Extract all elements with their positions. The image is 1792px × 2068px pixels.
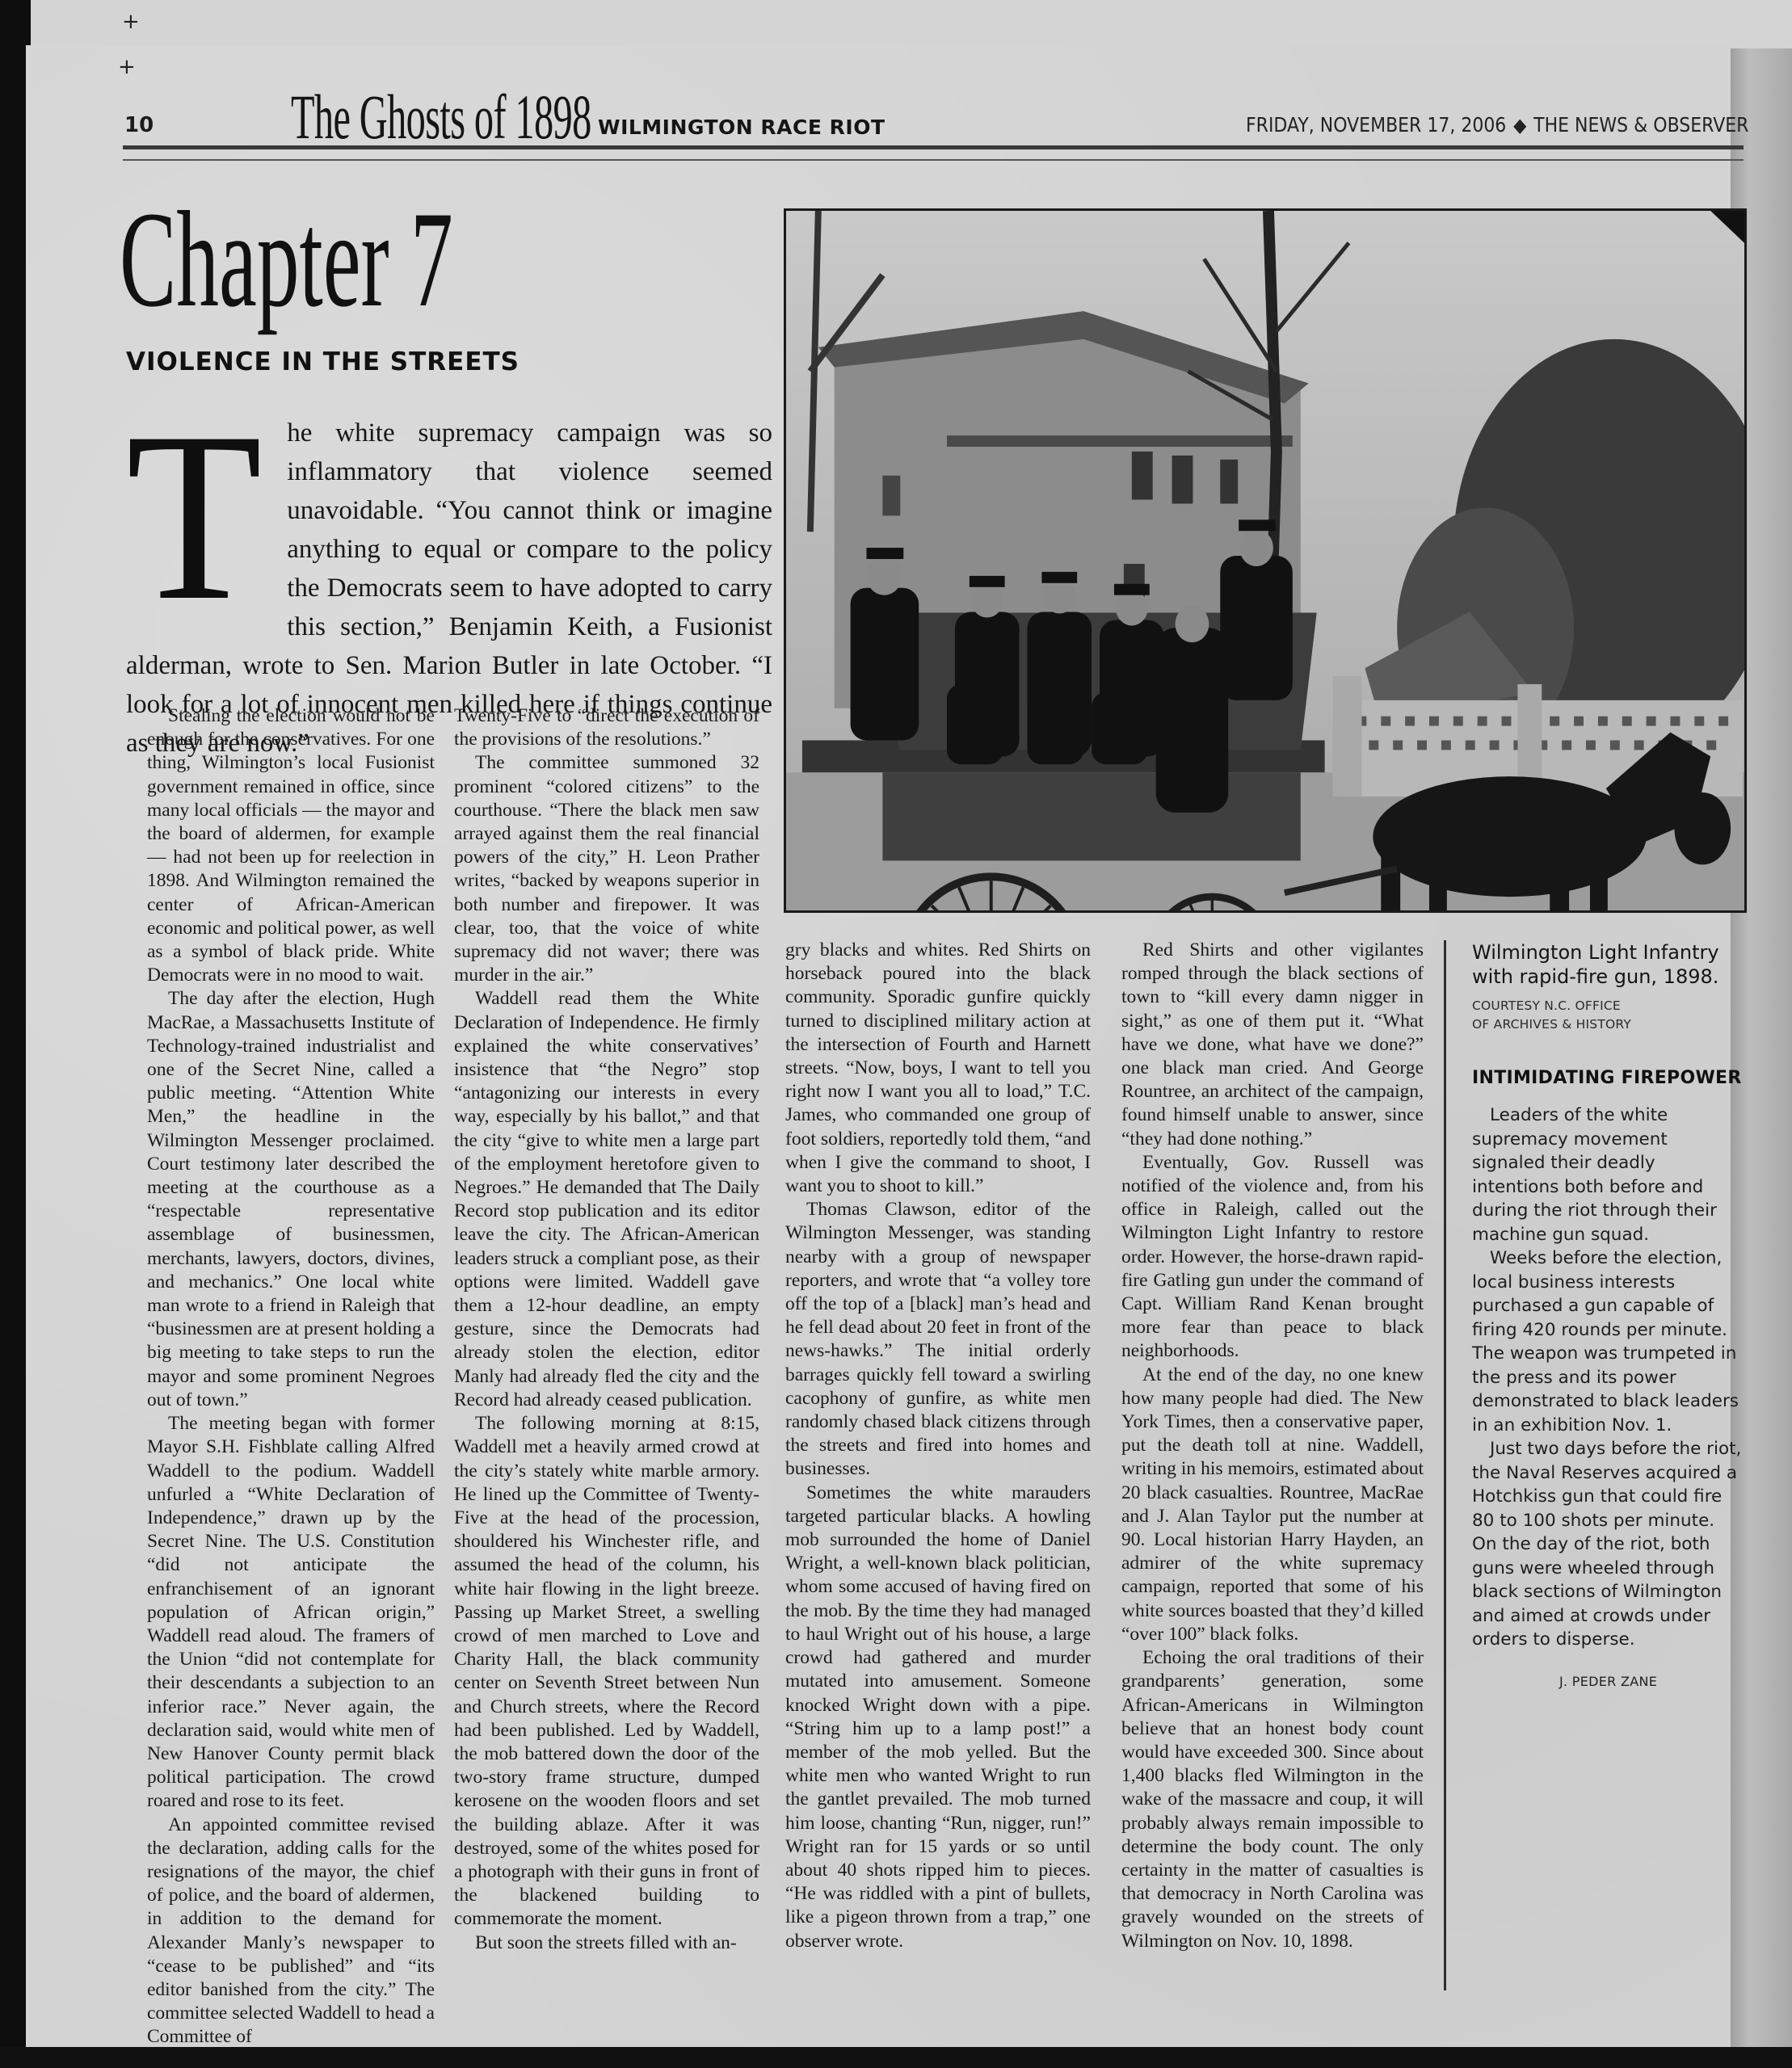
date: FRIDAY, NOVEMBER 17, 2006 bbox=[1246, 113, 1506, 137]
paragraph: Echoing the oral traditions of their gra… bbox=[1121, 1646, 1424, 1953]
paragraph: Thomas Clawson, editor of the Wilmington… bbox=[785, 1198, 1091, 1481]
photo-credit-line: COURTESY N.C. OFFICE bbox=[1472, 997, 1747, 1015]
paragraph: The following morning at 8:15, Waddell m… bbox=[454, 1412, 759, 1931]
sidebar-paragraph: Leaders of the white supremacy movement … bbox=[1472, 1103, 1742, 1246]
registration-mark-icon: + bbox=[118, 55, 136, 79]
chapter-kicker: VIOLENCE IN THE STREETS bbox=[126, 347, 520, 376]
dateline: FRIDAY, NOVEMBER 17, 2006◆THE NEWS & OBS… bbox=[1246, 113, 1744, 137]
sidebar-body: Leaders of the white supremacy movement … bbox=[1472, 1103, 1742, 1652]
masthead-rule bbox=[123, 145, 1744, 161]
paragraph: Waddell read them the White Declaration … bbox=[454, 987, 759, 1412]
paragraph: But soon the streets filled with an- bbox=[454, 1931, 759, 1955]
paragraph: Red Shirts and other vigilantes romped t… bbox=[1121, 939, 1424, 1151]
registration-mark-icon: + bbox=[122, 10, 140, 34]
section-title: The Ghosts of 1898 bbox=[291, 81, 591, 153]
article-column-4: Red Shirts and other vigilantes romped t… bbox=[1121, 939, 1424, 1953]
photo-credit-line: OF ARCHIVES & HISTORY bbox=[1472, 1015, 1747, 1034]
column-divider bbox=[1444, 940, 1446, 1990]
sidebar-paragraph: Just two days before the riot, the Naval… bbox=[1472, 1437, 1742, 1652]
publication-name: THE NEWS & OBSERVER bbox=[1533, 113, 1748, 137]
article-column-1: Stealing the election would not be enoug… bbox=[147, 704, 435, 2049]
wagon-photo-image bbox=[786, 211, 1744, 910]
paragraph-continued: gry blacks and whites. Red Shirts on hor… bbox=[785, 939, 1091, 1198]
paragraph: The committee summoned 32 prominent “col… bbox=[454, 751, 759, 987]
paragraph: At the end of the day, no one knew how m… bbox=[1121, 1364, 1424, 1646]
diamond-icon: ◆ bbox=[1513, 114, 1526, 137]
chapter-headline: Chapter 7 bbox=[120, 191, 453, 328]
paragraph: Stealing the election would not be enoug… bbox=[147, 704, 435, 987]
photo-credit: COURTESY N.C. OFFICE OF ARCHIVES & HISTO… bbox=[1472, 997, 1747, 1034]
sidebar-paragraph: Weeks before the election, local busines… bbox=[1472, 1246, 1742, 1437]
photo-caption: Wilmington Light Infantry with rapid-fir… bbox=[1472, 940, 1747, 989]
sidebar-heading: INTIMIDATING FIREPOWER bbox=[1472, 1068, 1742, 1088]
paragraph: The day after the election, Hugh MacRae,… bbox=[147, 987, 435, 1412]
drop-cap: T bbox=[126, 423, 263, 643]
section-subtitle: WILMINGTON RACE RIOT bbox=[598, 116, 885, 139]
scan-border-bottom bbox=[0, 2047, 1792, 2068]
paragraph: Sometimes the white marauders targeted p… bbox=[785, 1482, 1091, 1953]
paragraph: Eventually, Gov. Russell was notified of… bbox=[1121, 1151, 1424, 1364]
page-number: 10 bbox=[124, 113, 154, 137]
article-column-3: gry blacks and whites. Red Shirts on hor… bbox=[785, 939, 1091, 1953]
paragraph: The meeting began with former Mayor S.H.… bbox=[147, 1412, 435, 1813]
paragraph-continued: Twenty-Five to “direct the execution of … bbox=[454, 704, 759, 751]
back-sheet bbox=[31, 0, 1792, 48]
paragraph: An appointed committee revised the decla… bbox=[147, 1814, 435, 2049]
historic-photo bbox=[784, 208, 1747, 913]
article-column-2: Twenty-Five to “direct the execution of … bbox=[454, 704, 759, 1955]
sidebar-byline: J. PEDER ZANE bbox=[1559, 1674, 1657, 1689]
